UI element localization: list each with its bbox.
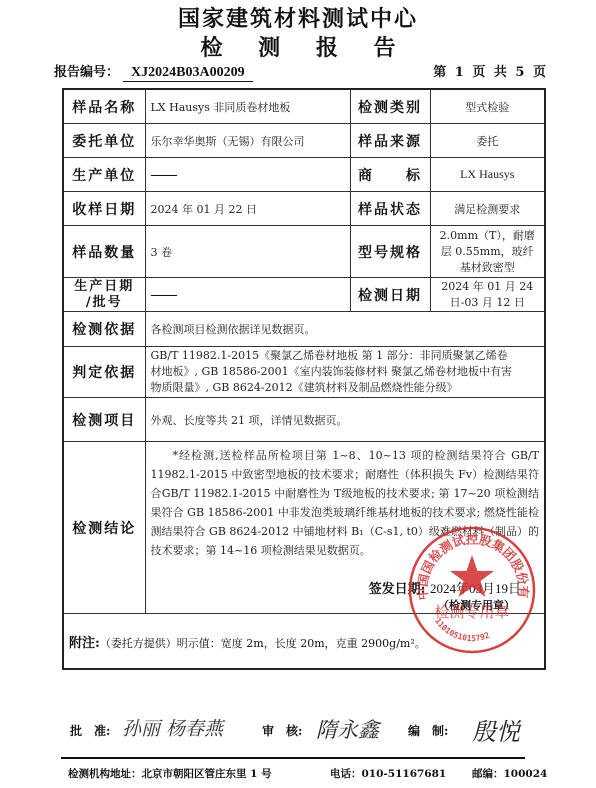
quantity-label: 样品数量	[63, 226, 145, 278]
row-conclusion: 检测结论 *经检测,送检样品所检项目第 1~8、10~13 项的检测结果符合 G…	[63, 442, 545, 614]
page-info: 第 1 页 共 5 页	[433, 61, 548, 80]
row-quantity: 样品数量 3 卷 型号规格 2.0mm（T），耐磨层 0.55mm，玻纤基材致密…	[63, 226, 545, 278]
production-date-label: 生产日期 /批号	[63, 278, 145, 312]
row-criteria: 判定依据 GB/T 11982.1-2015《聚氯乙烯卷材地板 第 1 部分：非…	[63, 347, 545, 398]
prepare-signature: 殷悦	[472, 712, 520, 747]
prepare-label: 编 制:	[408, 722, 448, 739]
row-test-items: 检测项目 外观、长度等共 21 项，详情见数据页。	[63, 398, 545, 442]
trademark-label: 商 标	[350, 158, 430, 192]
issue-date-label: 签发日期:	[369, 582, 426, 597]
quantity-value: 3 卷	[145, 226, 350, 278]
doc-title: 检 测 报 告	[0, 31, 596, 62]
report-number-value: XJ2024B03A00209	[123, 65, 253, 82]
empty-dash	[151, 295, 177, 296]
sample-name-value: LX Hausys 非同质卷材地板	[145, 89, 350, 124]
issue-date-value: 2024年03月19日	[430, 581, 521, 596]
test-items-value: 外观、长度等共 21 项，详情见数据页。	[145, 398, 545, 442]
sample-state-label: 样品状态	[350, 192, 430, 226]
test-basis-label: 检测依据	[63, 312, 145, 347]
footer-phone: 电话：010-51167681	[330, 766, 446, 781]
model-value: 2.0mm（T），耐磨层 0.55mm，玻纤基材致密型	[430, 226, 545, 278]
row-receive-date: 收样日期 2024 年 01 月 22 日 样品状态 满足检测要求	[63, 192, 545, 226]
note-label: 附注:	[69, 636, 100, 651]
footer-address: 检测机构地址：北京市朝阳区管庄东里 1 号	[68, 766, 272, 781]
review-signature: 隋永鑫	[316, 714, 379, 744]
test-date-label: 检测日期	[350, 278, 430, 312]
footer-postcode: 邮编：100024	[472, 766, 547, 781]
test-date-value: 2024 年 01 月 24 日-03 月 12 日	[430, 278, 545, 312]
test-category-value: 型式检验	[430, 89, 545, 124]
conclusion-text: *经检测,送检样品所检项目第 1~8、10~13 项的检测结果符合 GB/T 1…	[151, 446, 540, 560]
footer-divider	[61, 757, 525, 759]
manufacturer-value	[145, 158, 350, 192]
row-sample-name: 样品名称 LX Hausys 非同质卷材地板 检测类别 型式检验	[63, 89, 545, 124]
empty-dash	[151, 175, 177, 176]
signature-block: 批 准: 孙丽 杨春燕 审 核: 隋永鑫 编 制: 殷悦	[70, 712, 590, 746]
test-basis-value: 各检测项目检测依据详见数据页。	[145, 312, 545, 347]
report-number-label: 报告编号：	[54, 65, 119, 80]
approve-signature: 孙丽 杨春燕	[122, 714, 223, 741]
criteria-value: GB/T 11982.1-2015《聚氯乙烯卷材地板 第 1 部分：非同质聚氯乙…	[145, 347, 545, 398]
test-items-label: 检测项目	[63, 398, 145, 442]
receive-date-label: 收样日期	[63, 192, 145, 226]
production-date-label-line2: /批号	[69, 295, 140, 311]
sample-source-value: 委托	[430, 124, 545, 158]
org-title: 国家建筑材料测试中心	[0, 2, 596, 33]
sample-state-value: 满足检测要求	[430, 192, 545, 226]
note-value: （委托方提供）明示值：宽度 2m，长度 20m，克重 2900g/m²。	[100, 637, 426, 650]
seal-note: （检测专用章）	[151, 597, 540, 613]
row-test-basis: 检测依据 各检测项目检测依据详见数据页。	[63, 312, 545, 347]
review-label: 审 核:	[262, 722, 302, 739]
model-label: 型号规格	[350, 226, 430, 278]
receive-date-value: 2024 年 01 月 22 日	[145, 192, 350, 226]
client-value: 乐尔幸华奥斯（无锡）有限公司	[145, 124, 350, 158]
production-date-label-line1: 生产日期	[69, 279, 140, 295]
row-client: 委托单位 乐尔幸华奥斯（无锡）有限公司 样品来源 委托	[63, 124, 545, 158]
issue-date-line: 签发日期: 2024年03月19日	[151, 578, 540, 597]
row-production-date: 生产日期 /批号 检测日期 2024 年 01 月 24 日-03 月 12 日	[63, 278, 545, 312]
row-manufacturer: 生产单位 商 标 LX Hausys	[63, 158, 545, 192]
client-label: 委托单位	[63, 124, 145, 158]
conclusion-label: 检测结论	[63, 442, 145, 614]
report-table: 样品名称 LX Hausys 非同质卷材地板 检测类别 型式检验 委托单位 乐尔…	[62, 88, 546, 670]
note-cell: 附注:（委托方提供）明示值：宽度 2m，长度 20m，克重 2900g/m²。	[63, 614, 545, 670]
report-number: 报告编号：XJ2024B03A00209	[54, 61, 253, 82]
criteria-label: 判定依据	[63, 347, 145, 398]
conclusion-cell: *经检测,送检样品所检项目第 1~8、10~13 项的检测结果符合 GB/T 1…	[145, 442, 545, 614]
trademark-value: LX Hausys	[430, 158, 545, 192]
row-note: 附注:（委托方提供）明示值：宽度 2m，长度 20m，克重 2900g/m²。	[63, 614, 545, 670]
sample-source-label: 样品来源	[350, 124, 430, 158]
manufacturer-label: 生产单位	[63, 158, 145, 192]
production-date-value	[145, 278, 350, 312]
sample-name-label: 样品名称	[63, 89, 145, 124]
approve-label: 批 准:	[70, 722, 110, 739]
test-category-label: 检测类别	[350, 89, 430, 124]
